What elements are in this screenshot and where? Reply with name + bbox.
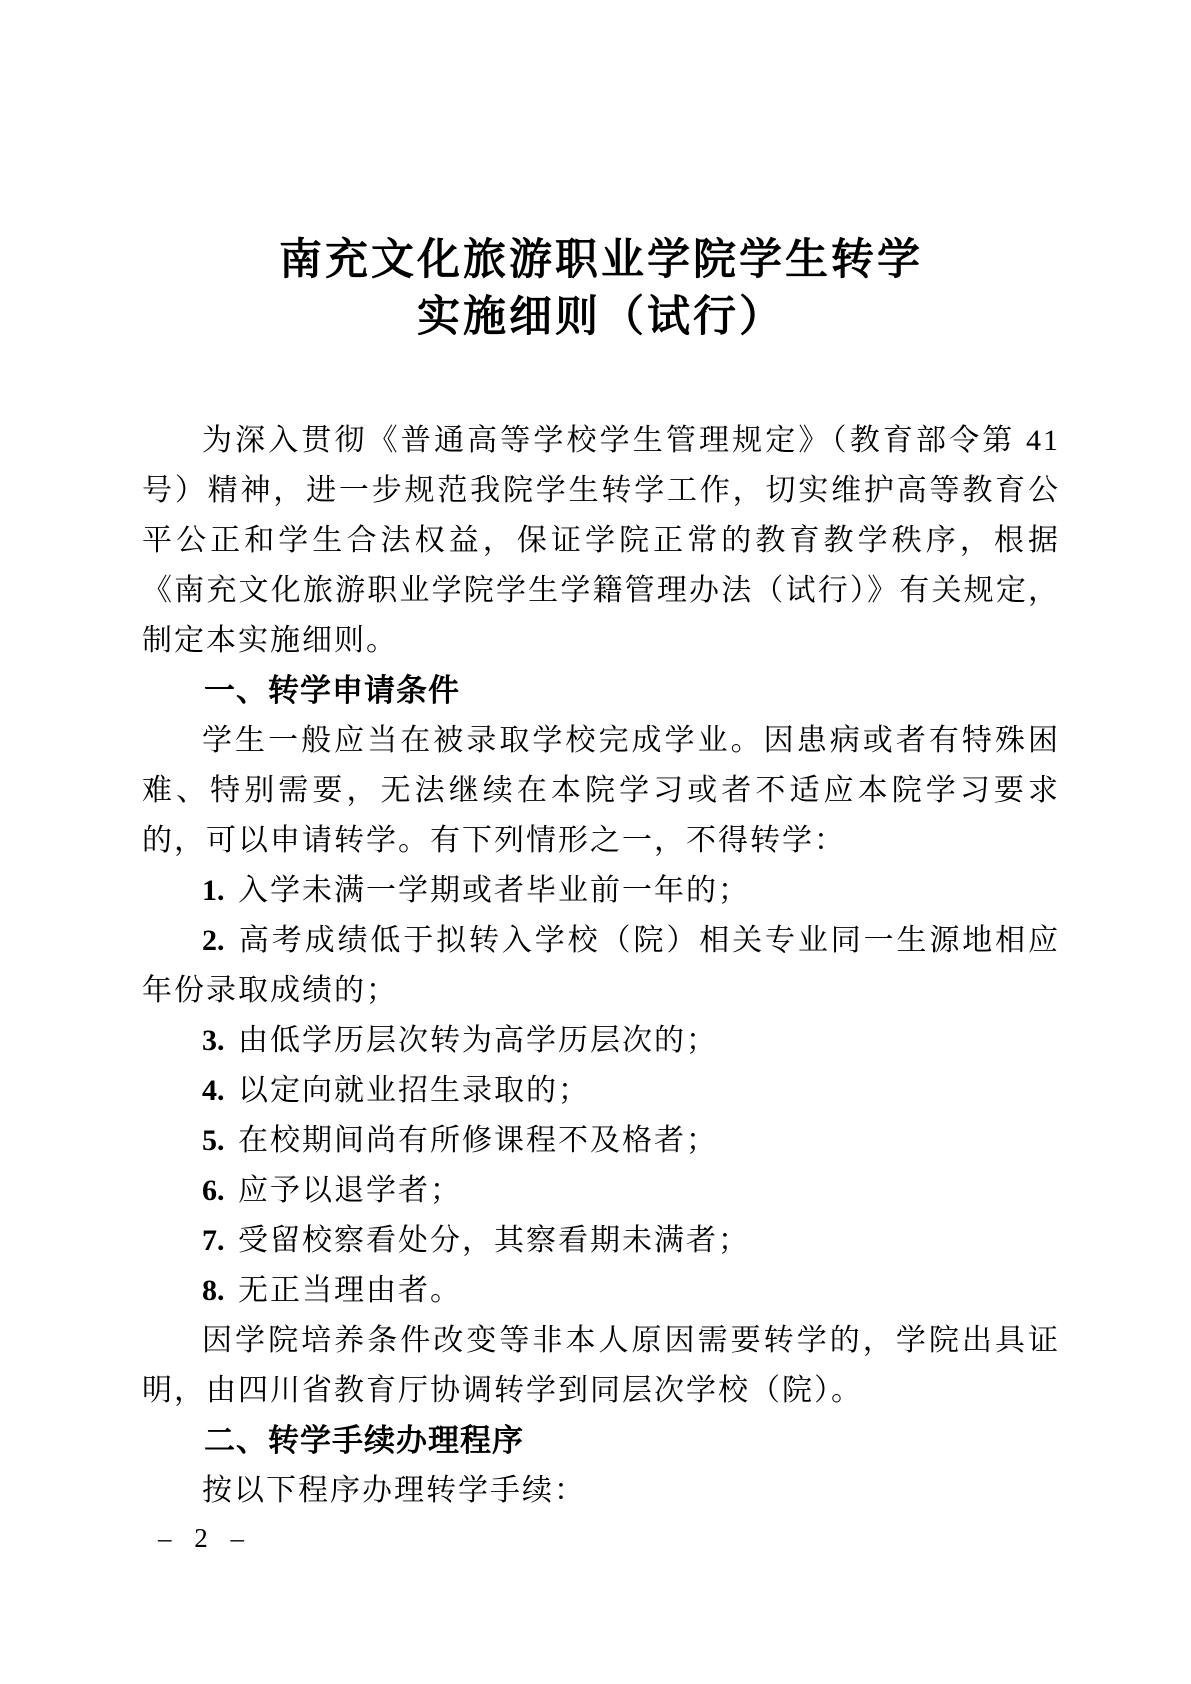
item-text: 应予以退学者； [238,1174,462,1207]
section1-lead-paragraph: 学生一般应当在被录取学校完成学业。因患病或者有特殊困难、特别需要，无法继续在本院… [142,716,1060,866]
item-number: 8. [202,1274,225,1307]
section2-heading: 二、转学手续办理程序 [142,1416,1060,1466]
item-number: 7. [202,1224,225,1257]
item-number: 5. [202,1124,225,1157]
intro-paragraph: 为深入贯彻《普通高等学校学生管理规定》（教育部令第 41 号）精神，进一步规范我… [142,416,1060,666]
section1-heading: 一、转学申请条件 [142,666,1060,716]
item-text: 在校期间尚有所修课程不及格者； [238,1124,718,1157]
item-number: 1. [202,874,225,907]
document-page: 南充文化旅游职业学院学生转学 实施细则（试行） 为深入贯彻《普通高等学校学生管理… [0,0,1191,1684]
item-text: 由低学历层次转为高学历层次的； [238,1024,718,1057]
numbered-item: 2.高考成绩低于拟转入学校（院）相关专业同一生源地相应年份录取成绩的； [142,916,1060,1016]
numbered-item: 3.由低学历层次转为高学历层次的； [142,1016,1060,1066]
section2-lead-paragraph: 按以下程序办理转学手续： [142,1466,1060,1516]
item-number: 3. [202,1024,225,1057]
document-title: 南充文化旅游职业学院学生转学 实施细则（试行） [142,232,1060,346]
page-number: – 2 – [158,1518,252,1558]
item-number: 6. [202,1174,225,1207]
numbered-item: 7.受留校察看处分，其察看期未满者； [142,1216,1060,1266]
item-text: 高考成绩低于拟转入学校（院）相关专业同一生源地相应年份录取成绩的； [142,924,1060,1007]
document-title-line1: 南充文化旅游职业学院学生转学 [142,232,1060,289]
item-number: 2. [202,924,225,957]
item-text: 以定向就业招生录取的； [238,1074,590,1107]
section1-closing-paragraph: 因学院培养条件改变等非本人原因需要转学的，学院出具证明，由四川省教育厅协调转学到… [142,1316,1060,1416]
numbered-item: 8.无正当理由者。 [142,1266,1060,1316]
numbered-item: 1.入学未满一学期或者毕业前一年的； [142,866,1060,916]
item-text: 无正当理由者。 [238,1274,462,1307]
item-text: 入学未满一学期或者毕业前一年的； [238,874,750,907]
item-text: 受留校察看处分，其察看期未满者； [238,1224,750,1257]
document-title-line2: 实施细则（试行） [142,289,1060,346]
document-body: 为深入贯彻《普通高等学校学生管理规定》（教育部令第 41 号）精神，进一步规范我… [142,416,1060,1516]
document-content: 南充文化旅游职业学院学生转学 实施细则（试行） 为深入贯彻《普通高等学校学生管理… [142,232,1060,1516]
numbered-item: 6.应予以退学者； [142,1166,1060,1216]
numbered-item: 5.在校期间尚有所修课程不及格者； [142,1116,1060,1166]
item-number: 4. [202,1074,225,1107]
numbered-item: 4.以定向就业招生录取的； [142,1066,1060,1116]
